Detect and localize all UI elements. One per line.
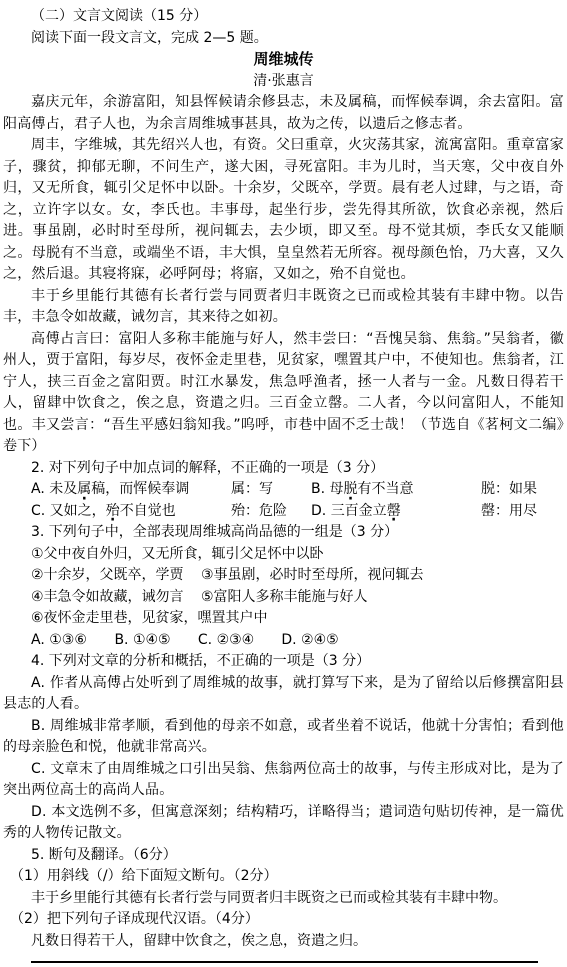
q4-option-a: A. 作者从高傅占处听到了周维城的故事，就打算写下来，是为了留给以后修撰富阳县县…: [3, 673, 564, 716]
instruction: 阅读下面一段文言文，完成 2—5 题。: [3, 28, 564, 50]
q3-item-5: ⑤富阳人多称丰能施与好人: [201, 587, 368, 609]
q2-option-d-gloss: 罄：用尽: [481, 501, 537, 523]
q2-option-d: D. 三百金立罄: [311, 501, 481, 523]
passage-paragraph-2: 周丰，字维城，其先绍兴人也，有资。父曰重章，火灾荡其家，流寓富阳。重章富家子，骤…: [3, 135, 564, 286]
q2-option-a-gloss: 属：写: [231, 479, 311, 501]
q3-item-3: ③事虽剧，必时时至母所，视问辄去: [201, 565, 424, 587]
bottom-divider: [31, 961, 538, 963]
question-4-stem: 4. 下列对文章的分析和概括，不正确的一项是（3 分）: [3, 651, 564, 673]
q2-option-d-pre: 三百金立: [331, 503, 387, 519]
passage-paragraph-3: 丰于乡里能行其德有长者行尝与同贾者归丰既资之已而或检其装有丰肆中物。以告丰，丰急…: [3, 286, 564, 329]
q4-option-d: D. 本文选例不多，但寓意深刻；结构精巧，详略得当；遣词造句贴切传神，是一篇优秀…: [3, 802, 564, 845]
passage-title: 周维城传: [3, 49, 564, 71]
q5-translation-sentence: 凡数日得若干人，留肆中饮食之，俟之息，资遣之归。: [3, 931, 564, 953]
question-2-stem: 2. 对下列句子中加点词的解释，不正确的一项是（3 分）: [3, 458, 564, 480]
q3-answer-choices: A. ①③⑥ B. ①④⑤ C. ②③④ D. ②④⑤: [3, 630, 564, 652]
q2-option-a-post: 稿，而恽候奉调: [91, 481, 189, 497]
q2-option-c-post: 不自觉也: [120, 503, 176, 519]
q2-option-a-pre: 未及: [49, 481, 77, 497]
q5-sub-question-2: （2）把下列句子译成现代汉语。（4分）: [3, 909, 564, 931]
q3-item-2: ②十余岁，父既卒，学贾: [31, 565, 201, 587]
q2-option-c: C. 又如之，殆不自觉也: [31, 501, 231, 523]
q2-option-a-label: A.: [31, 481, 49, 497]
q4-option-b: B. 周维城非常孝顺，看到他的母亲不如意，或者坐着不说话，他就十分害怕；看到他的…: [3, 716, 564, 759]
q3-answer-b: B. ①④⑤: [114, 630, 193, 652]
passage-paragraph-1: 嘉庆元年，余游富阳，知县恽候请余修县志，未及属稿，而恽候奉调，余去富阳。富阳高傅…: [3, 92, 564, 135]
q3-items-row-2: ②十余岁，父既卒，学贾 ③事虽剧，必时时至母所，视问辄去: [3, 565, 564, 587]
q2-option-b-post: 有不当意: [358, 481, 414, 497]
q2-option-b-gloss: 脱：如果: [481, 479, 537, 501]
q2-option-c-dotted-char: 殆: [106, 501, 120, 523]
passage-author: 清·张惠言: [3, 71, 564, 93]
question-3-stem: 3. 下列句子中，全部表现周维城高尚品德的一组是（3 分）: [3, 522, 564, 544]
q2-option-d-dotted-char: 罄: [387, 501, 401, 523]
q2-option-a: A. 未及属稿，而恽候奉调: [31, 479, 231, 501]
q2-option-d-label: D.: [311, 503, 331, 519]
q2-option-c-gloss: 殆：危险: [231, 501, 311, 523]
q3-item-1: ①父中夜自外归，又无所食，辄引父足怀中以卧: [3, 544, 564, 566]
q5-sub-question-1: （1）用斜线（/）给下面短文断句。（2分）: [3, 866, 564, 888]
q2-option-c-label: C.: [31, 503, 50, 519]
q2-option-b-label: B.: [311, 481, 330, 497]
section-header: （二）文言文阅读（15 分）: [3, 6, 564, 28]
q3-answer-d: D. ②④⑤: [281, 630, 360, 652]
q3-answer-c: C. ②③④: [198, 630, 277, 652]
q3-item-6: ⑥夜怀金走里巷，见贫家，嘿置其户中: [3, 608, 564, 630]
q2-option-b-pre: 母: [330, 481, 344, 497]
question-2-options-row-1: A. 未及属稿，而恽候奉调 属：写 B. 母脱有不当意 脱：如果: [3, 479, 564, 501]
exam-page: （二）文言文阅读（15 分） 阅读下面一段文言文，完成 2—5 题。 周维城传 …: [0, 0, 567, 963]
q5-punctuation-sentence: 丰于乡里能行其德有长者行尝与同贾者归丰既资之已而或检其装有丰肆中物。: [3, 888, 564, 910]
q2-option-b-dotted-char: 脱: [344, 479, 358, 501]
passage-paragraph-4: 高傅占言曰：富阳人多称丰能施与好人，然丰尝曰：“吾愧吴翁、焦翁。”吴翁者，徽州人…: [3, 329, 564, 458]
q2-option-b: B. 母脱有不当意: [311, 479, 481, 501]
q4-option-c: C. 文章末了由周维城之口引出吴翁、焦翁两位高士的故事，与传主形成对比，是为了突…: [3, 759, 564, 802]
question-5-stem: 5. 断句及翻译。（6分）: [3, 845, 564, 867]
q3-answer-a: A. ①③⑥: [31, 630, 110, 652]
q2-option-a-dotted-char: 属: [77, 479, 91, 501]
q3-item-4: ④丰急令如故藏，诫勿言: [31, 587, 201, 609]
q3-items-row-3: ④丰急令如故藏，诫勿言 ⑤富阳人多称丰能施与好人: [3, 587, 564, 609]
